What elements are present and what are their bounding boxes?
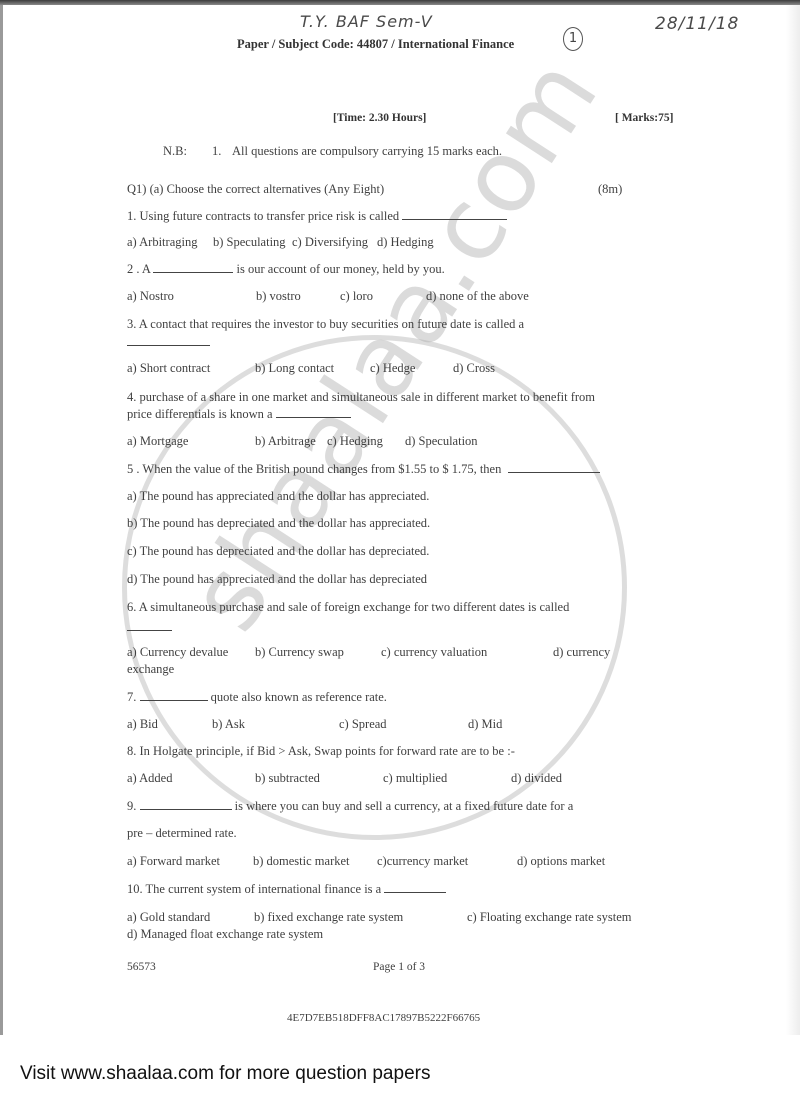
option: a) Gold standard <box>127 910 210 925</box>
question-6: 6. A simultaneous purchase and sale of f… <box>127 600 569 615</box>
answer-blank <box>276 407 351 418</box>
question-4-line2: price differentials is known a <box>127 407 351 422</box>
option: b) domestic market <box>253 854 350 869</box>
option: a) Added <box>127 771 172 786</box>
option: c) The pound has depreciated and the dol… <box>127 544 429 559</box>
option: d) none of the above <box>426 289 529 304</box>
option: a) Nostro <box>127 289 174 304</box>
option: d) options market <box>517 854 605 869</box>
question-5: 5 . When the value of the British pound … <box>127 462 600 477</box>
question-text: 5 . When the value of the British pound … <box>127 462 501 476</box>
handwritten-course: T.Y. BAF Sem-V <box>300 12 433 31</box>
option: a) Mortgage <box>127 434 188 449</box>
question-8: 8. In Holgate principle, if Bid > Ask, S… <box>127 744 515 759</box>
option: b) The pound has depreciated and the dol… <box>127 516 430 531</box>
answer-blank <box>127 335 210 346</box>
option: c) Diversifying <box>292 235 368 250</box>
exam-time: [Time: 2.30 Hours] <box>333 112 426 124</box>
page-number: Page 1 of 3 <box>373 961 425 973</box>
answer-blank <box>140 690 208 701</box>
option: d) Managed float exchange rate system <box>127 927 323 942</box>
answer-blank <box>508 462 600 473</box>
option: b) Arbitrage <box>255 434 316 449</box>
option: c) Spread <box>339 717 387 732</box>
option: a) Arbitraging <box>127 235 197 250</box>
question-text-cont: quote also known as reference rate. <box>211 690 387 704</box>
answer-blank <box>127 620 172 631</box>
option: b) Long contact <box>255 361 334 376</box>
option: a) Currency devalue <box>127 645 228 660</box>
option: a) The pound has appreciated and the dol… <box>127 489 429 504</box>
option: d) divided <box>511 771 562 786</box>
answer-blank <box>384 882 446 893</box>
option: d) Hedging <box>377 235 434 250</box>
option: d) Cross <box>453 361 495 376</box>
option: b) Currency swap <box>255 645 344 660</box>
scan-right-shade <box>786 5 800 1035</box>
nb-number: 1. <box>212 144 221 159</box>
question-1: 1. Using future contracts to transfer pr… <box>127 209 507 224</box>
option: c) Hedging <box>327 434 383 449</box>
question-7: 7. quote also known as reference rate. <box>127 690 387 705</box>
section-marks: (8m) <box>598 182 622 197</box>
option: a) Bid <box>127 717 158 732</box>
scan-left-edge <box>0 5 3 1035</box>
answer-blank <box>140 799 232 810</box>
option: c)currency market <box>377 854 468 869</box>
option: d) Speculation <box>405 434 478 449</box>
handwritten-page-marker: 1 <box>563 27 583 51</box>
option: c) multiplied <box>383 771 447 786</box>
option: b) Ask <box>212 717 245 732</box>
nb-label: N.B: <box>163 144 187 159</box>
answer-blank <box>402 209 507 220</box>
option: d) The pound has appreciated and the dol… <box>127 572 427 587</box>
answer-blank <box>153 262 233 273</box>
question-2: 2 . A is our account of our money, held … <box>127 262 445 277</box>
question-text: 10. The current system of international … <box>127 882 381 896</box>
question-10: 10. The current system of international … <box>127 882 446 897</box>
question-text: 7. <box>127 690 136 704</box>
question-text: price differentials is known a <box>127 407 273 421</box>
question-9-line2: pre – determined rate. <box>127 826 237 841</box>
option: c) loro <box>340 289 373 304</box>
option: a) Short contract <box>127 361 210 376</box>
option: b) fixed exchange rate system <box>254 910 403 925</box>
option: b) vostro <box>256 289 301 304</box>
option: c) currency valuation <box>381 645 487 660</box>
subject-line: Paper / Subject Code: 44807 / Internatio… <box>237 37 514 52</box>
question-text-cont: is our account of our money, held by you… <box>237 262 445 276</box>
exam-marks: [ Marks:75] <box>615 112 673 124</box>
question-3: 3. A contact that requires the investor … <box>127 317 524 332</box>
question-4: 4. purchase of a share in one market and… <box>127 390 595 405</box>
scan-top-border <box>0 0 800 5</box>
site-footer-link[interactable]: Visit www.shaalaa.com for more question … <box>20 1063 430 1085</box>
option: c) Hedge <box>370 361 415 376</box>
option: d) currency <box>553 645 610 660</box>
section-title: Q1) (a) Choose the correct alternatives … <box>127 182 384 197</box>
option: b) subtracted <box>255 771 320 786</box>
question-text: 2 . A <box>127 262 150 276</box>
question-text: 9. <box>127 799 136 813</box>
document-hash: 4E7D7EB518DFF8AC17897B5222F66765 <box>287 1012 480 1024</box>
nb-text: All questions are compulsory carrying 15… <box>232 144 502 159</box>
paper-code: 56573 <box>127 961 156 973</box>
option: d) Mid <box>468 717 502 732</box>
question-text-cont: is where you can buy and sell a currency… <box>235 799 574 813</box>
option-continued: exchange <box>127 662 174 677</box>
option: b) Speculating <box>213 235 286 250</box>
handwritten-date: 28/11/18 <box>655 14 739 34</box>
question-9: 9. is where you can buy and sell a curre… <box>127 799 573 814</box>
option: a) Forward market <box>127 854 220 869</box>
question-text: 1. Using future contracts to transfer pr… <box>127 209 399 223</box>
option: c) Floating exchange rate system <box>467 910 632 925</box>
